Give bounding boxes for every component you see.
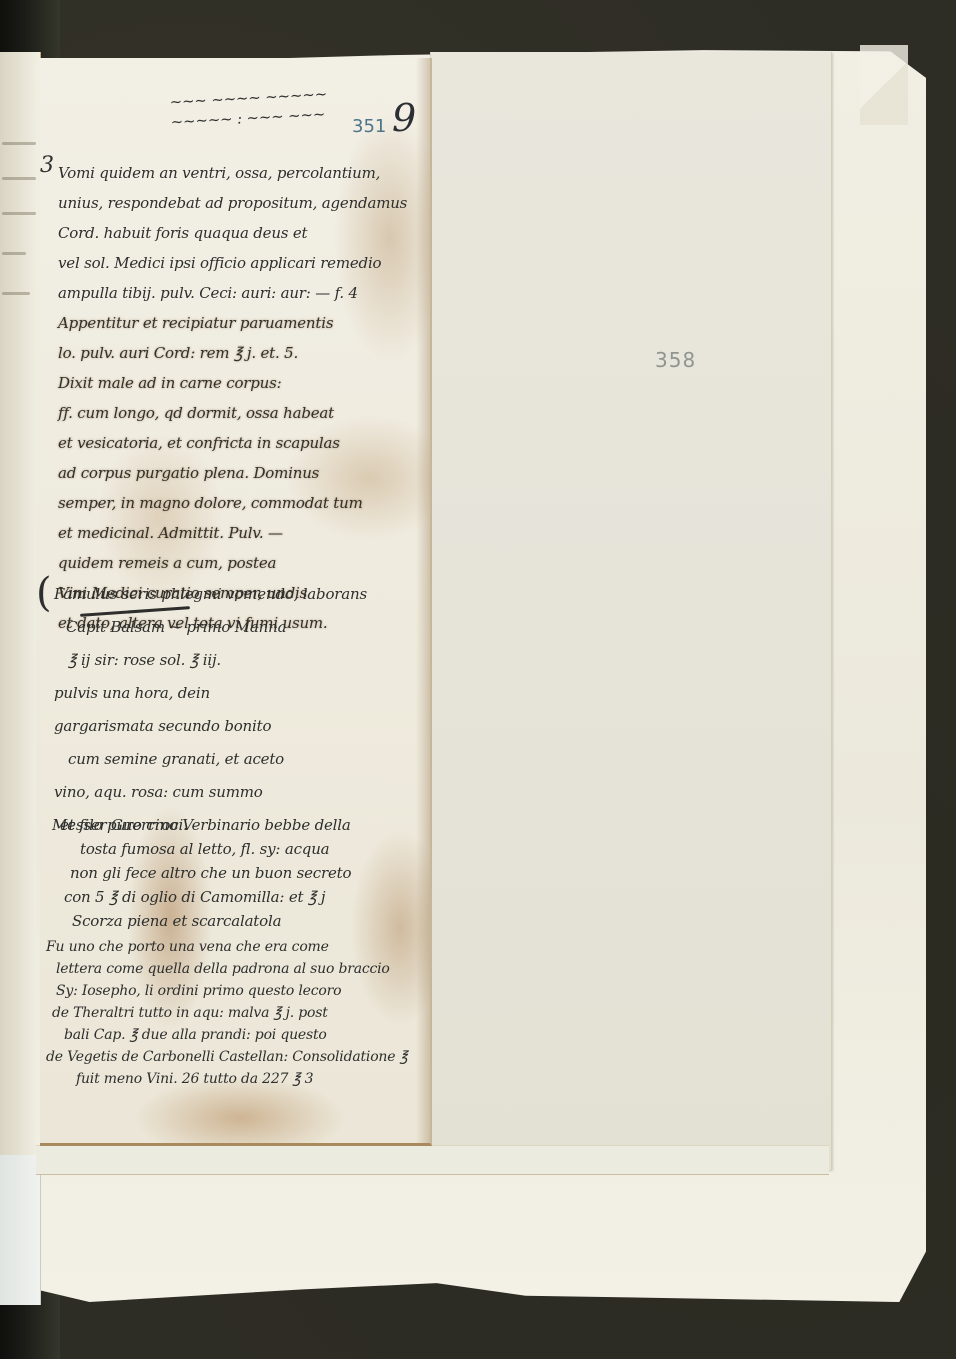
blank-leaf: [430, 52, 832, 1170]
ink-bleed: [2, 292, 30, 295]
facing-page-edge: [0, 52, 41, 1160]
opening-bracket: (: [36, 570, 52, 616]
folio-number-pencil: 351: [352, 116, 386, 137]
ink-bleed: [2, 142, 36, 145]
folded-corner: [860, 45, 908, 125]
ink-bleed: [2, 212, 36, 215]
section-4-text: Fu uno che porto una vena che era come l…: [46, 936, 426, 1090]
folio-number-mount: 358: [655, 348, 696, 372]
section-2-text: Famulus seris phlegmi vomendo, laborans …: [54, 578, 434, 842]
ink-bleed: [2, 252, 26, 255]
section-3-text: Messer Guerrino Verbinario bebbe della t…: [52, 813, 432, 933]
show-through-text: ~~~ ~~~~ ~~~~~ ~~~~~ : ~~~ ~~~: [169, 84, 328, 132]
manuscript-leaf: ~~~ ~~~~ ~~~~~ ~~~~~ : ~~~ ~~~ 351 9 3 V…: [40, 58, 432, 1146]
section-1-text: Vomi quidem an ventri, ossa, percolantiu…: [58, 158, 438, 638]
guard-strip: [36, 1145, 829, 1175]
ink-bleed: [2, 177, 36, 180]
folio-number-ink: 9: [392, 96, 416, 140]
spine-cloth-guard: [0, 1155, 41, 1305]
